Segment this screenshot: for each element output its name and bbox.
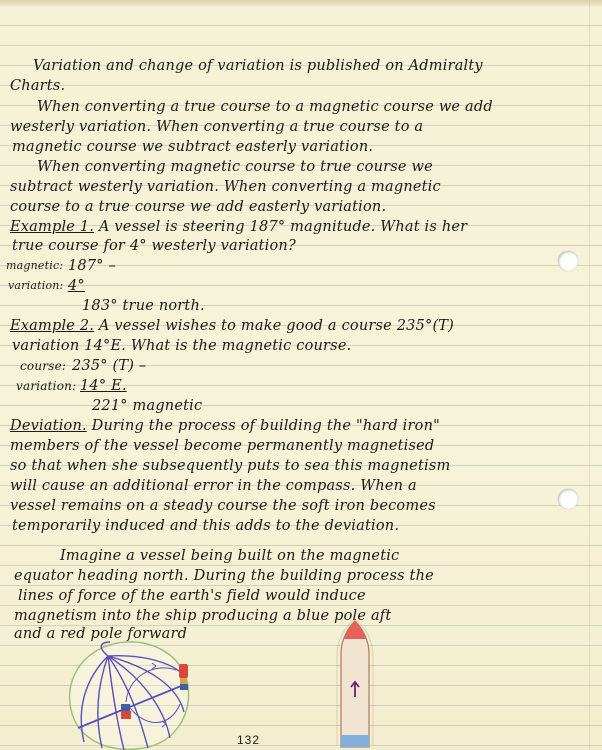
text-line: magnetic course we subtract easterly var… — [12, 137, 373, 157]
example-2-course-value: 235° (T) – — [72, 356, 146, 376]
example-1-result: 183° true north. — [82, 296, 205, 316]
page-number: 132 — [237, 733, 260, 747]
example-1-variation-value: 4° — [68, 276, 95, 296]
text-line: Variation and change of variation is pub… — [33, 56, 483, 76]
imagine-paragraph-line: Imagine a vessel being built on the magn… — [60, 546, 399, 566]
example-1-variation-label: variation: — [8, 276, 63, 296]
example-2-label: Example 2. — [10, 318, 94, 334]
imagine-paragraph-line: lines of force of the earth's field woul… — [18, 586, 366, 606]
example-2-course-label: course: — [20, 356, 66, 376]
example-1-magnetic-value: 187° – — [68, 256, 116, 276]
deviation-heading: Deviation. — [10, 418, 87, 434]
globe-outline — [70, 642, 189, 749]
deviation-paragraph-line: will cause an additional error in the co… — [10, 476, 417, 496]
imagine-paragraph-line: equator heading north. During the buildi… — [14, 566, 434, 586]
orange-mark-icon — [180, 678, 187, 684]
text-line: subtract westerly variation. When conver… — [10, 177, 441, 197]
example-1-text: A vessel is steering 187° magnitude. Wha… — [94, 219, 467, 235]
blue-pole-icon — [180, 684, 188, 690]
blue-pole-icon — [121, 704, 130, 711]
example-2-variation-label: variation: — [16, 376, 76, 396]
text-line: Charts. — [10, 76, 65, 96]
example-2-question: Example 2. A vessel wishes to make good … — [10, 316, 454, 336]
example-2-variation-value: 14° E. — [80, 376, 127, 396]
text-line: westerly variation. When converting a tr… — [10, 117, 423, 137]
example-2-variation-text: 14° E. — [80, 378, 127, 394]
red-pole-icon — [179, 664, 188, 678]
text-line: When converting a true course to a magne… — [37, 97, 493, 117]
example-2-question-line2: variation 14°E. What is the magnetic cou… — [12, 336, 351, 356]
example-2-result: 221° magnetic — [92, 396, 202, 416]
blue-stern-icon — [341, 735, 369, 747]
example-1-question: Example 1. A vessel is steering 187° mag… — [10, 217, 467, 237]
deviation-paragraph-line: vessel remains on a steady course the so… — [10, 496, 436, 516]
text-line: course to a true course we add easterly … — [10, 197, 386, 217]
punch-hole-upper — [558, 251, 578, 271]
example-1-magnetic-label: magnetic: — [6, 256, 63, 276]
deviation-paragraph-line: Deviation. During the process of buildin… — [10, 416, 440, 436]
deviation-text: During the process of building the "hard… — [87, 418, 440, 434]
text-line: true course for 4° westerly variation? — [12, 236, 296, 256]
deviation-paragraph-line: temporarily induced and this adds to the… — [12, 516, 399, 536]
ship-diagram — [325, 615, 395, 750]
deviation-paragraph-line: so that when she subsequently puts to se… — [10, 456, 450, 476]
punch-hole-lower — [558, 489, 578, 509]
example-2-text: A vessel wishes to make good a course 23… — [94, 318, 454, 334]
red-pole-icon — [121, 711, 131, 719]
globe-diagram — [66, 638, 196, 750]
notebook-page: Variation and change of variation is pub… — [0, 0, 602, 750]
deviation-paragraph-line: members of the vessel become permanently… — [10, 436, 434, 456]
margin-line — [589, 0, 590, 750]
text-line: When converting magnetic course to true … — [37, 157, 433, 177]
example-1-label: Example 1. — [10, 219, 94, 235]
